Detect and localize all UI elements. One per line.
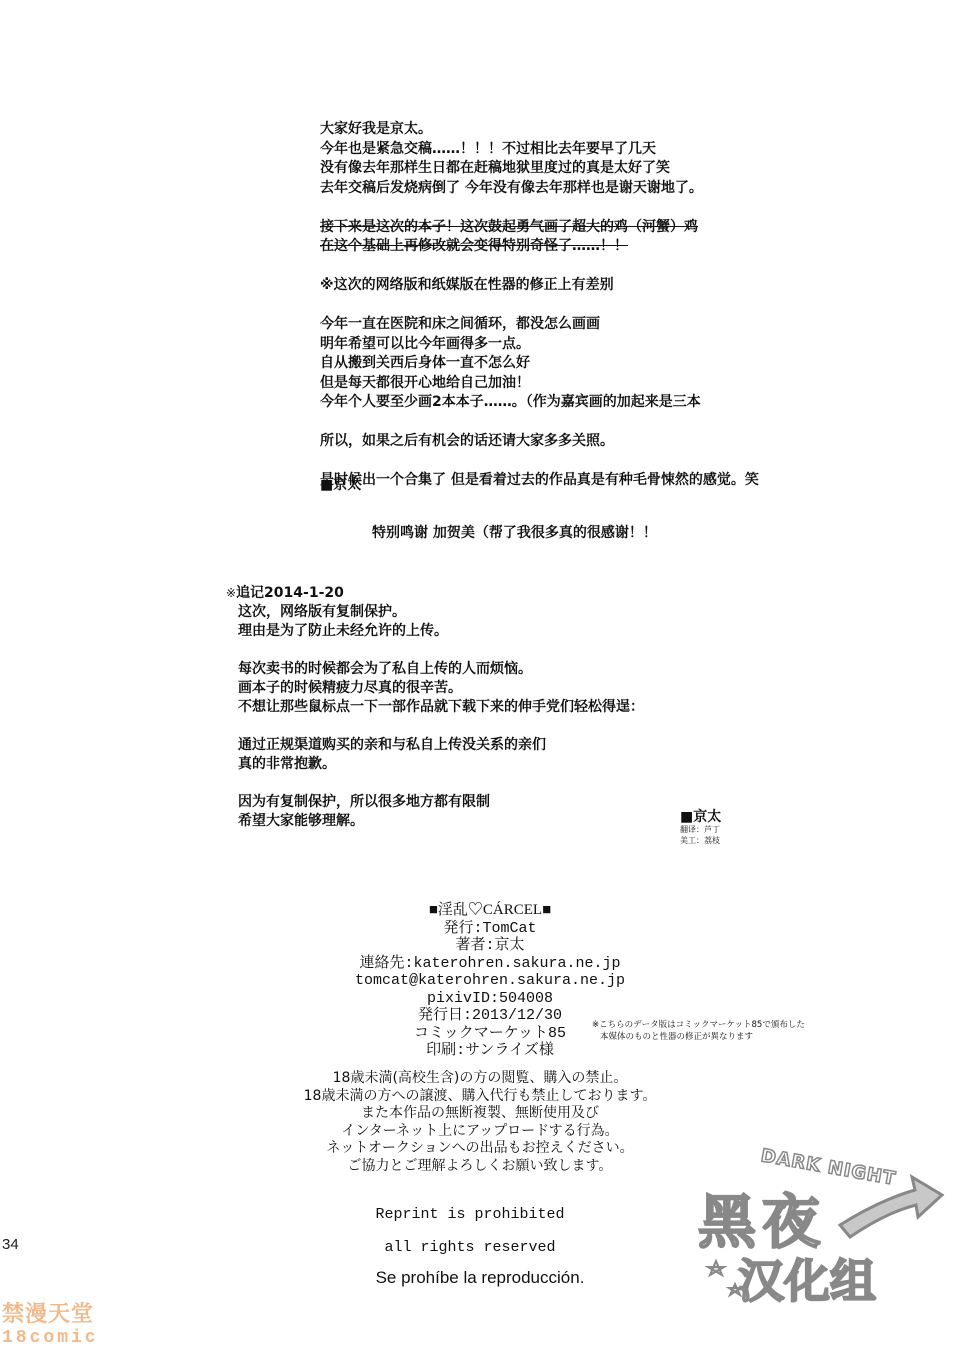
translation-credits: 翻译：芦丁 美工：荔枝 [680, 824, 720, 846]
pixiv-id: pixivID:504008 [340, 990, 640, 1008]
page-number: 34 [2, 1236, 19, 1253]
afterword: 大家好我是京太。 今年也是紧急交稿……！！！不过相比去年要早了几天 没有像去年那… [320, 120, 820, 510]
text-line: 今年也是紧急交稿……！！！不过相比去年要早了几天 [320, 140, 820, 160]
text-line: また本作品の無断複製、無断使用及び [260, 1105, 700, 1123]
text-line: 因为有复制保护，所以很多地方都有限制 [238, 793, 644, 812]
rights-reserved: all rights reserved [340, 1239, 600, 1256]
text-line: 去年交稿后发烧病倒了 今年没有像去年那样也是谢天谢地了。 [320, 179, 820, 199]
postscript-title: ※追记2014-1-20 [226, 584, 644, 603]
postscript-para: 这次，网络版有复制保护。 理由是为了防止未经允许的上传。 [238, 603, 644, 641]
text-line: 今年一直在医院和床之间循环，都没怎么画画 [320, 315, 820, 335]
logo-sub-text: 汉化组 [738, 1245, 876, 1311]
age-warning: 18歳未満(高校生含)の方の閲覧、購入の禁止。 18歳未満の方への譲渡、購入代行… [260, 1070, 700, 1175]
text-line: 通过正规渠道购买的亲和与私自上传没关系的亲们 [238, 736, 644, 755]
postscript-signature: ■京太 [680, 806, 721, 826]
afterword-para: 大家好我是京太。 今年也是紧急交稿……！！！不过相比去年要早了几天 没有像去年那… [320, 120, 820, 198]
text-line: 大家好我是京太。 [320, 120, 820, 140]
postscript-body: 这次，网络版有复制保护。 理由是为了防止未经允许的上传。 每次卖书的时候都会为了… [238, 603, 644, 831]
text-line: 今年个人要至少画2本本子……。（作为嘉宾画的加起来是三本 [320, 393, 820, 413]
text-line: 接下来是这次的本子！这次鼓起勇气画了超大的鸡（河蟹）鸡 [320, 218, 820, 238]
text-line: 在这个基础上再修改就会变得特别奇怪了……！！ [320, 237, 820, 257]
text-line: 这次，网络版有复制保护。 [238, 603, 644, 622]
text-line: 但是每天都很开心地给自己加油！ [320, 374, 820, 394]
text-line: インターネット上にアップロードする行為。 [260, 1123, 700, 1141]
text-line: 希望大家能够理解。 [238, 812, 644, 831]
data-edition-note: ※こちらのデータ版はコミックマーケット85で頒布した 本媒体のものと性器の修正が… [592, 1019, 805, 1043]
text-line: 真的非常抱歉。 [238, 755, 644, 774]
postscript-para: 通过正规渠道购买的亲和与私自上传没关系的亲们 真的非常抱歉。 [238, 736, 644, 774]
reprint-prohibited: Reprint is prohibited [340, 1206, 600, 1223]
scanlation-group-logo: DARK NIGHT 黑夜 汉化组 [690, 1145, 950, 1305]
afterword-para: 是时候出一个合集了 但是看着过去的作品真是有种毛骨悚然的感觉。笑 [320, 471, 820, 491]
watermark-cn: 禁漫天堂 [2, 1302, 99, 1328]
credit-translator: 翻译：芦丁 [680, 824, 720, 835]
afterword-para: ※这次的网络版和纸媒版在性器的修正上有差别 [320, 276, 820, 296]
text-line: 理由是为了防止未经允许的上传。 [238, 622, 644, 641]
reference-mark-icon: ※ [226, 586, 236, 600]
text-line: 是时候出一个合集了 但是看着过去的作品真是有种毛骨悚然的感觉。笑 [320, 471, 820, 491]
reprint-prohibited-spanish: Se prohíbe la reproducción. [330, 1268, 630, 1288]
credit-artist: 美工：荔枝 [680, 835, 720, 846]
text-line: ※这次的网络版和纸媒版在性器的修正上有差别 [320, 276, 820, 296]
book-title: ■淫乱♡CÁRCEL■ [340, 902, 640, 920]
text-line: 不想让那些鼠标点一下一部作品就下载下来的伸手党们轻松得逞： [238, 698, 644, 717]
text-line: 18歳未満の方への譲渡、購入代行も禁止しております。 [260, 1088, 700, 1106]
postscript-para: 因为有复制保护，所以很多地方都有限制 希望大家能够理解。 [238, 793, 644, 831]
text-line: 画本子的时候精疲力尽真的很辛苦。 [238, 679, 644, 698]
afterword-para: 所以，如果之后有机会的话还请大家多多关照。 [320, 432, 820, 452]
text-line: 所以，如果之后有机会的话还请大家多多关照。 [320, 432, 820, 452]
special-thanks: 特别鸣谢 加贺美（帮了我很多真的很感谢！！ [372, 522, 657, 542]
text-line: 明年希望可以比今年画得多一点。 [320, 335, 820, 355]
text-line: ネットオークションへの出品もお控えください。 [260, 1140, 700, 1158]
publisher: 発行:TomCat [340, 920, 640, 938]
printer: 印刷:サンライズ様 [340, 1042, 640, 1060]
afterword-signature: ■京太 [320, 474, 361, 494]
postscript-para: 每次卖书的时候都会为了私自上传的人而烦恼。 画本子的时候精疲力尽真的很辛苦。 不… [238, 660, 644, 717]
contact-site: 連絡先:katerohren.sakura.ne.jp [340, 955, 640, 973]
text-line: 18歳未満(高校生含)の方の閲覧、購入の禁止。 [260, 1070, 700, 1088]
text-line: ご協力とご理解よろしくお願い致します。 [260, 1158, 700, 1176]
author: 著者:京太 [340, 937, 640, 955]
afterword-para: 今年一直在医院和床之间循环，都没怎么画画 明年希望可以比今年画得多一点。 自从搬… [320, 315, 820, 413]
postscript: ※追记2014-1-20 这次，网络版有复制保护。 理由是为了防止未经允许的上传… [226, 584, 644, 850]
text-line: 自从搬到关西后身体一直不怎么好 [320, 354, 820, 374]
text-line: ※こちらのデータ版はコミックマーケット85で頒布した [592, 1019, 805, 1031]
watermark-en: 18comic [2, 1328, 99, 1348]
text-line: 每次卖书的时候都会为了私自上传的人而烦恼。 [238, 660, 644, 679]
postscript-date: 追记2014-1-20 [236, 585, 344, 601]
afterword-para-strikethrough: 接下来是这次的本子！这次鼓起勇气画了超大的鸡（河蟹）鸡 在这个基础上再修改就会变… [320, 218, 820, 257]
text-line: 本媒体のものと性器の修正が異なります [592, 1031, 805, 1043]
contact-email: tomcat@katerohren.sakura.ne.jp [340, 972, 640, 990]
text-line: 没有像去年那样生日都在赶稿地狱里度过的真是太好了笑 [320, 159, 820, 179]
watermark-logo: 禁漫天堂 18comic [2, 1302, 99, 1348]
